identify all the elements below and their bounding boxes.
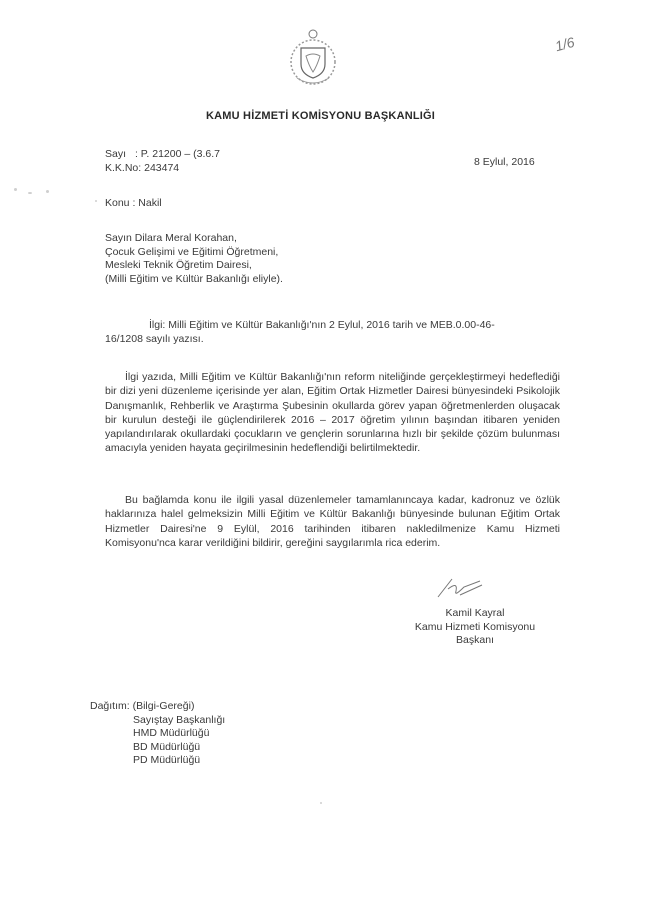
addressee-line: (Milli Eğitim ve Kültür Bakanlığı eliyle…	[105, 273, 283, 287]
paragraph-text: İlgi yazıda, Milli Eğitim ve Kültür Baka…	[105, 370, 560, 456]
reference-line-1: İlgi: Milli Eğitim ve Kültür Bakanlığı'n…	[105, 318, 560, 332]
document-date: 8 Eylul, 2016	[474, 155, 535, 169]
state-emblem-icon	[287, 28, 339, 88]
signatory-title: Kamu Hizmeti Komisyonu	[400, 621, 550, 635]
sayi-value: : P. 21200 – (3.6.7	[135, 148, 220, 160]
distribution-recipient: BD Müdürlüğü	[133, 741, 225, 755]
scan-noise	[14, 188, 17, 191]
addressee-block: Sayın Dilara Meral Korahan, Çocuk Gelişi…	[105, 232, 283, 286]
body-paragraph-2: Bu bağlamda konu ile ilgili yasal düzenl…	[105, 493, 560, 550]
subject-line: Konu : Nakil	[105, 196, 162, 210]
distribution-recipient: HMD Müdürlüğü	[133, 727, 225, 741]
document-heading: KAMU HİZMETİ KOMİSYONU BAŞKANLIĞI	[206, 110, 435, 122]
scan-noise	[95, 200, 97, 202]
distribution-list: Dağıtım: (Bilgi-Gereği) Sayıştay Başkanl…	[90, 700, 225, 768]
addressee-line: Çocuk Gelişimi ve Eğitimi Öğretmeni,	[105, 246, 283, 260]
scan-noise	[320, 802, 322, 804]
signatory-name: Kamil Kayral	[400, 607, 550, 621]
sayi-line: Sayı : P. 21200 – (3.6.7	[105, 147, 220, 161]
reference-block: Sayı : P. 21200 – (3.6.7 K.K.No: 243474	[105, 147, 220, 175]
distribution-recipient: Sayıştay Başkanlığı	[133, 714, 225, 728]
paragraph-text: Bu bağlamda konu ile ilgili yasal düzenl…	[105, 493, 560, 550]
distribution-label: Dağıtım: (Bilgi-Gereği)	[90, 700, 225, 714]
addressee-line: Mesleki Teknik Öğretim Dairesi,	[105, 259, 283, 273]
kk-no-value: 243474	[144, 162, 179, 174]
body-paragraph-1: İlgi yazıda, Milli Eğitim ve Kültür Baka…	[105, 370, 560, 456]
kk-no-line: K.K.No: 243474	[105, 161, 220, 175]
handwritten-page-mark: 1/6	[553, 34, 576, 54]
kk-no-label: K.K.No:	[105, 162, 141, 174]
signature-block: Kamil Kayral Kamu Hizmeti Komisyonu Başk…	[400, 575, 550, 648]
sayi-label: Sayı	[105, 148, 126, 160]
reference-note: İlgi: Milli Eğitim ve Kültür Bakanlığı'n…	[105, 318, 560, 346]
scan-noise	[28, 192, 32, 194]
scan-noise	[46, 190, 49, 193]
addressee-line: Sayın Dilara Meral Korahan,	[105, 232, 283, 246]
signatory-title: Başkanı	[400, 634, 550, 648]
handwritten-signature-icon	[430, 575, 490, 601]
reference-line-2: 16/1208 sayılı yazısı.	[105, 333, 204, 345]
distribution-recipient: PD Müdürlüğü	[133, 754, 225, 768]
